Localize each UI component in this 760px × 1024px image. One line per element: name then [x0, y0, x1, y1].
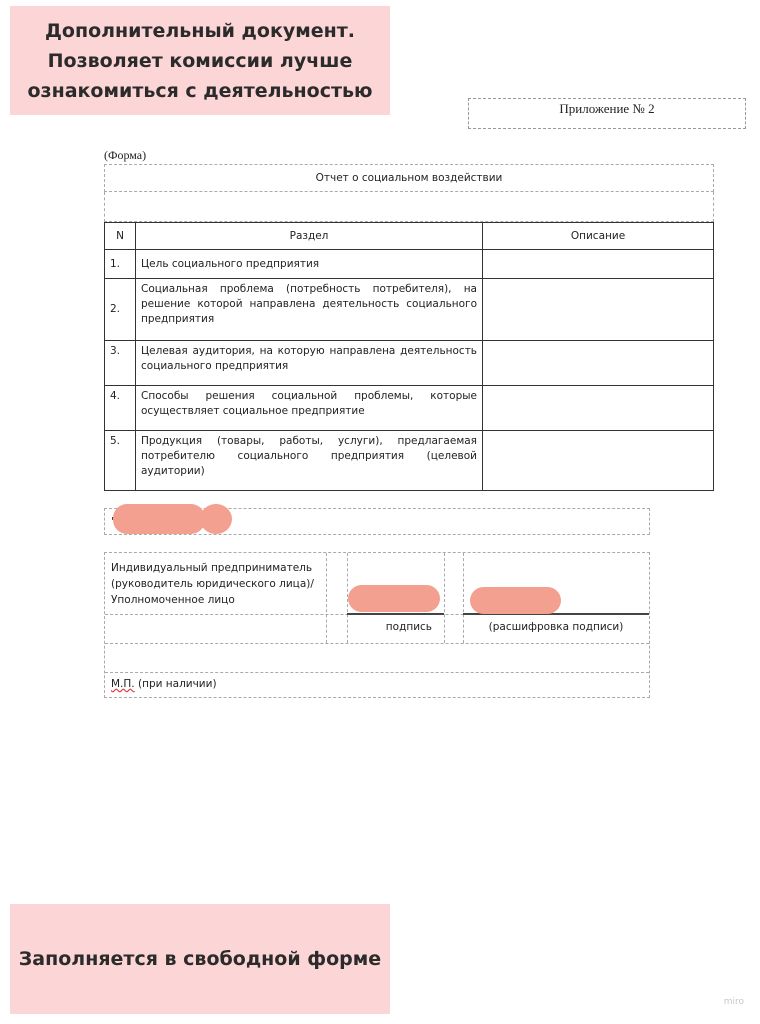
date-redaction — [113, 504, 205, 534]
row-description[interactable] — [483, 431, 714, 491]
blank-row — [104, 192, 714, 222]
signature-line[interactable] — [347, 613, 444, 615]
stamp-label: М.П. (при наличии) — [111, 678, 217, 690]
signature-block: Индивидуальный предприниматель (руководи… — [104, 552, 650, 698]
stamp-abbr: М.П. — [111, 678, 135, 690]
note-bottom-text: Заполняется в свободной форме — [19, 948, 381, 970]
note-top-text: Дополнительный документ. Позволяет комис… — [10, 16, 390, 106]
appendix-label: Приложение № 2 — [468, 98, 746, 129]
header-n: N — [105, 223, 136, 250]
row-section: Продукция (товары, работы, услуги), пред… — [136, 431, 483, 491]
signature-decode-caption: (расшифровка подписи) — [463, 621, 649, 633]
row-number: 3. — [105, 341, 136, 386]
row-number: 4. — [105, 386, 136, 431]
table-row: 4. Способы решения социальной проблемы, … — [105, 386, 714, 431]
note-additional-document: Дополнительный документ. Позволяет комис… — [10, 6, 390, 115]
row-number: 2. — [105, 279, 136, 341]
report-table: N Раздел Описание 1. Цель социального пр… — [104, 222, 714, 491]
signature-caption: подпись — [347, 621, 432, 633]
row-description[interactable] — [483, 341, 714, 386]
row-description[interactable] — [483, 386, 714, 431]
header-section: Раздел — [136, 223, 483, 250]
row-description[interactable] — [483, 250, 714, 279]
row-section: Целевая аудитория, на которую направлена… — [136, 341, 483, 386]
table-row: 5. Продукция (товары, работы, услуги), п… — [105, 431, 714, 491]
note-free-form: Заполняется в свободной форме — [10, 904, 390, 1014]
form-label: (Форма) — [104, 148, 146, 163]
row-number: 1. — [105, 250, 136, 279]
row-section: Цель социального предприятия — [136, 250, 483, 279]
row-number: 5. — [105, 431, 136, 491]
table-row: 2. Социальная проблема (потребность потр… — [105, 279, 714, 341]
header-description: Описание — [483, 223, 714, 250]
miro-watermark: miro — [724, 997, 744, 1007]
year-redaction — [200, 504, 232, 534]
row-description[interactable] — [483, 279, 714, 341]
row-section: Социальная проблема (потребность потреби… — [136, 279, 483, 341]
table-row: 3. Целевая аудитория, на которую направл… — [105, 341, 714, 386]
report-title: Отчет о социальном воздействии — [104, 164, 714, 192]
table-row: 1. Цель социального предприятия — [105, 250, 714, 279]
signature-redaction — [348, 585, 440, 612]
row-section: Способы решения социальной проблемы, кот… — [136, 386, 483, 431]
signatory-label: Индивидуальный предприниматель (руководи… — [111, 560, 321, 608]
table-header-row: N Раздел Описание — [105, 223, 714, 250]
stamp-note: (при наличии) — [135, 678, 217, 690]
signature-decode-redaction — [470, 587, 561, 614]
